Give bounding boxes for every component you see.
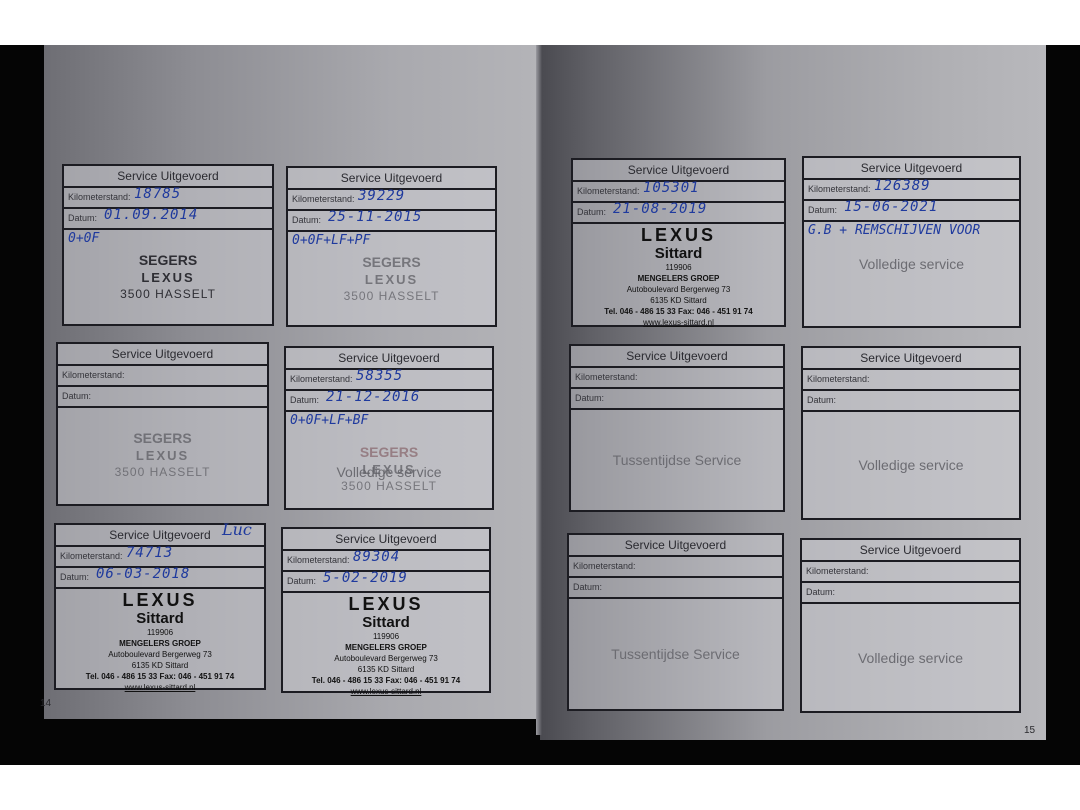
date-value: 06-03-2018 — [96, 565, 190, 584]
service-type-label: Volledige service — [803, 457, 1019, 473]
date-row: Datum: — [803, 391, 1019, 412]
dealer-stamp-sittard: LEXUS Sittard 119906 MENGELERS GROEP Aut… — [56, 589, 264, 693]
km-value: 18785 — [134, 185, 181, 204]
handwritten-note: 0+0F+LF+PF — [292, 234, 370, 248]
card-body: LEXUS Sittard 119906 MENGELERS GROEP Aut… — [283, 593, 489, 691]
card-body: G.B + REMSCHIJVEN VOOR Volledige service — [804, 222, 1019, 326]
date-value: 21-08-2019 — [613, 200, 707, 219]
card-body: Volledige service — [803, 412, 1019, 518]
km-value: 58355 — [356, 367, 403, 386]
date-value: 21-12-2016 — [326, 388, 420, 407]
handwritten-signature: Luc — [222, 520, 252, 539]
date-row: Datum:21-12-2016 — [286, 391, 492, 412]
service-type-label: Tussentijdse Service — [571, 452, 783, 468]
date-value: 15-06-2021 — [844, 198, 938, 217]
lexus-logo-icon: LEXUS — [288, 271, 495, 288]
card-header: Service Uitgevoerd — [803, 348, 1019, 370]
service-card-7: Service Uitgevoerd Kilometerstand:105301… — [571, 158, 786, 327]
handwritten-note: G.B + REMSCHIJVEN VOOR — [808, 224, 1008, 238]
km-row: Kilometerstand: — [802, 562, 1019, 583]
card-body: Tussentijdse Service — [571, 410, 783, 510]
date-row: Datum:21-08-2019 — [573, 203, 784, 224]
page-number-right: 15 — [1024, 725, 1035, 736]
lexus-logo-icon: LEXUS — [573, 224, 784, 246]
handwritten-note: 0+0F — [68, 232, 99, 246]
dealer-stamp-segers: SEGERS LEXUS 3500 HASSELT — [286, 444, 492, 495]
km-value: 89304 — [353, 548, 400, 567]
service-card-4: Service Uitgevoerd Kilometerstand:58355 … — [284, 346, 494, 510]
date-row: Datum:01.09.2014 — [64, 209, 272, 230]
service-card-12: Service Uitgevoerd Kilometerstand: Datum… — [800, 538, 1021, 713]
card-body: SEGERS LEXUS 3500 HASSELT — [58, 408, 267, 504]
date-row: Datum:06-03-2018 — [56, 568, 264, 589]
card-header: Service Uitgevoerd — [571, 346, 783, 368]
lexus-logo-icon: LEXUS — [286, 461, 492, 478]
date-row: Datum:5-02-2019 — [283, 572, 489, 593]
date-row: Datum: — [569, 578, 782, 599]
lexus-logo-icon: LEXUS — [64, 269, 272, 286]
km-row: Kilometerstand: — [569, 557, 782, 578]
card-header: Service Uitgevoerd — [802, 540, 1019, 562]
km-value: 74713 — [126, 544, 173, 563]
card-body: 0+0F+LF+BF Volledige service SEGERS LEXU… — [286, 412, 492, 508]
km-row: Kilometerstand: — [803, 370, 1019, 391]
service-card-11: Service Uitgevoerd Kilometerstand: Datum… — [567, 533, 784, 711]
card-body: Volledige service — [802, 604, 1019, 711]
service-card-5: Service Uitgevoerd Kilometerstand:74713 … — [54, 523, 266, 690]
km-value: 105301 — [643, 179, 700, 198]
lexus-logo-icon: LEXUS — [56, 589, 264, 611]
service-card-3: Service Uitgevoerd Kilometerstand: Datum… — [56, 342, 269, 506]
date-value: 5-02-2019 — [323, 569, 408, 588]
km-row: Kilometerstand: — [58, 366, 267, 387]
handwritten-note: 0+0F+LF+BF — [290, 414, 368, 428]
card-body: LEXUS Sittard 119906 MENGELERS GROEP Aut… — [56, 589, 264, 688]
card-body: 0+0F SEGERS LEXUS 3500 HASSELT — [64, 230, 272, 324]
page-number-left: 14 — [40, 698, 51, 709]
date-row: Datum: — [571, 389, 783, 410]
date-row: Datum:15-06-2021 — [804, 201, 1019, 222]
km-value: 39229 — [358, 187, 405, 206]
book-gutter — [536, 45, 542, 735]
dealer-stamp-segers: SEGERS LEXUS 3500 HASSELT — [58, 430, 267, 481]
dealer-stamp-sittard: LEXUS Sittard 119906 MENGELERS GROEP Aut… — [283, 593, 489, 697]
card-header: Service Uitgevoerd — [58, 344, 267, 366]
service-type-label: Volledige service — [802, 650, 1019, 666]
card-body: Tussentijdse Service — [569, 599, 782, 709]
service-type-label: Tussentijdse Service — [569, 646, 782, 662]
service-type-label: Volledige service — [804, 256, 1019, 272]
lexus-logo-icon: LEXUS — [58, 447, 267, 464]
service-card-8: Service Uitgevoerd Kilometerstand:126389… — [802, 156, 1021, 328]
lexus-logo-icon: LEXUS — [283, 593, 489, 615]
date-row: Datum: — [58, 387, 267, 408]
dealer-stamp-segers: SEGERS LEXUS 3500 HASSELT — [64, 252, 272, 303]
card-header: Service Uitgevoerd — [569, 535, 782, 557]
date-row: Datum:25-11-2015 — [288, 211, 495, 232]
date-value: 25-11-2015 — [328, 208, 422, 227]
service-card-2: Service Uitgevoerd Kilometerstand:39229 … — [286, 166, 497, 327]
service-card-9: Service Uitgevoerd Kilometerstand: Datum… — [569, 344, 785, 512]
dealer-stamp-sittard: LEXUS Sittard 119906 MENGELERS GROEP Aut… — [573, 224, 784, 328]
km-value: 126389 — [874, 177, 931, 196]
card-body: 0+0F+LF+PF SEGERS LEXUS 3500 HASSELT — [288, 232, 495, 325]
dealer-stamp-segers: SEGERS LEXUS 3500 HASSELT — [288, 254, 495, 305]
date-value: 01.09.2014 — [104, 206, 198, 225]
date-row: Datum: — [802, 583, 1019, 604]
service-card-10: Service Uitgevoerd Kilometerstand: Datum… — [801, 346, 1021, 520]
service-card-1: Service Uitgevoerd Kilometerstand:18785 … — [62, 164, 274, 326]
card-body: LEXUS Sittard 119906 MENGELERS GROEP Aut… — [573, 224, 784, 325]
service-card-6: Service Uitgevoerd Kilometerstand:89304 … — [281, 527, 491, 693]
km-row: Kilometerstand: — [571, 368, 783, 389]
